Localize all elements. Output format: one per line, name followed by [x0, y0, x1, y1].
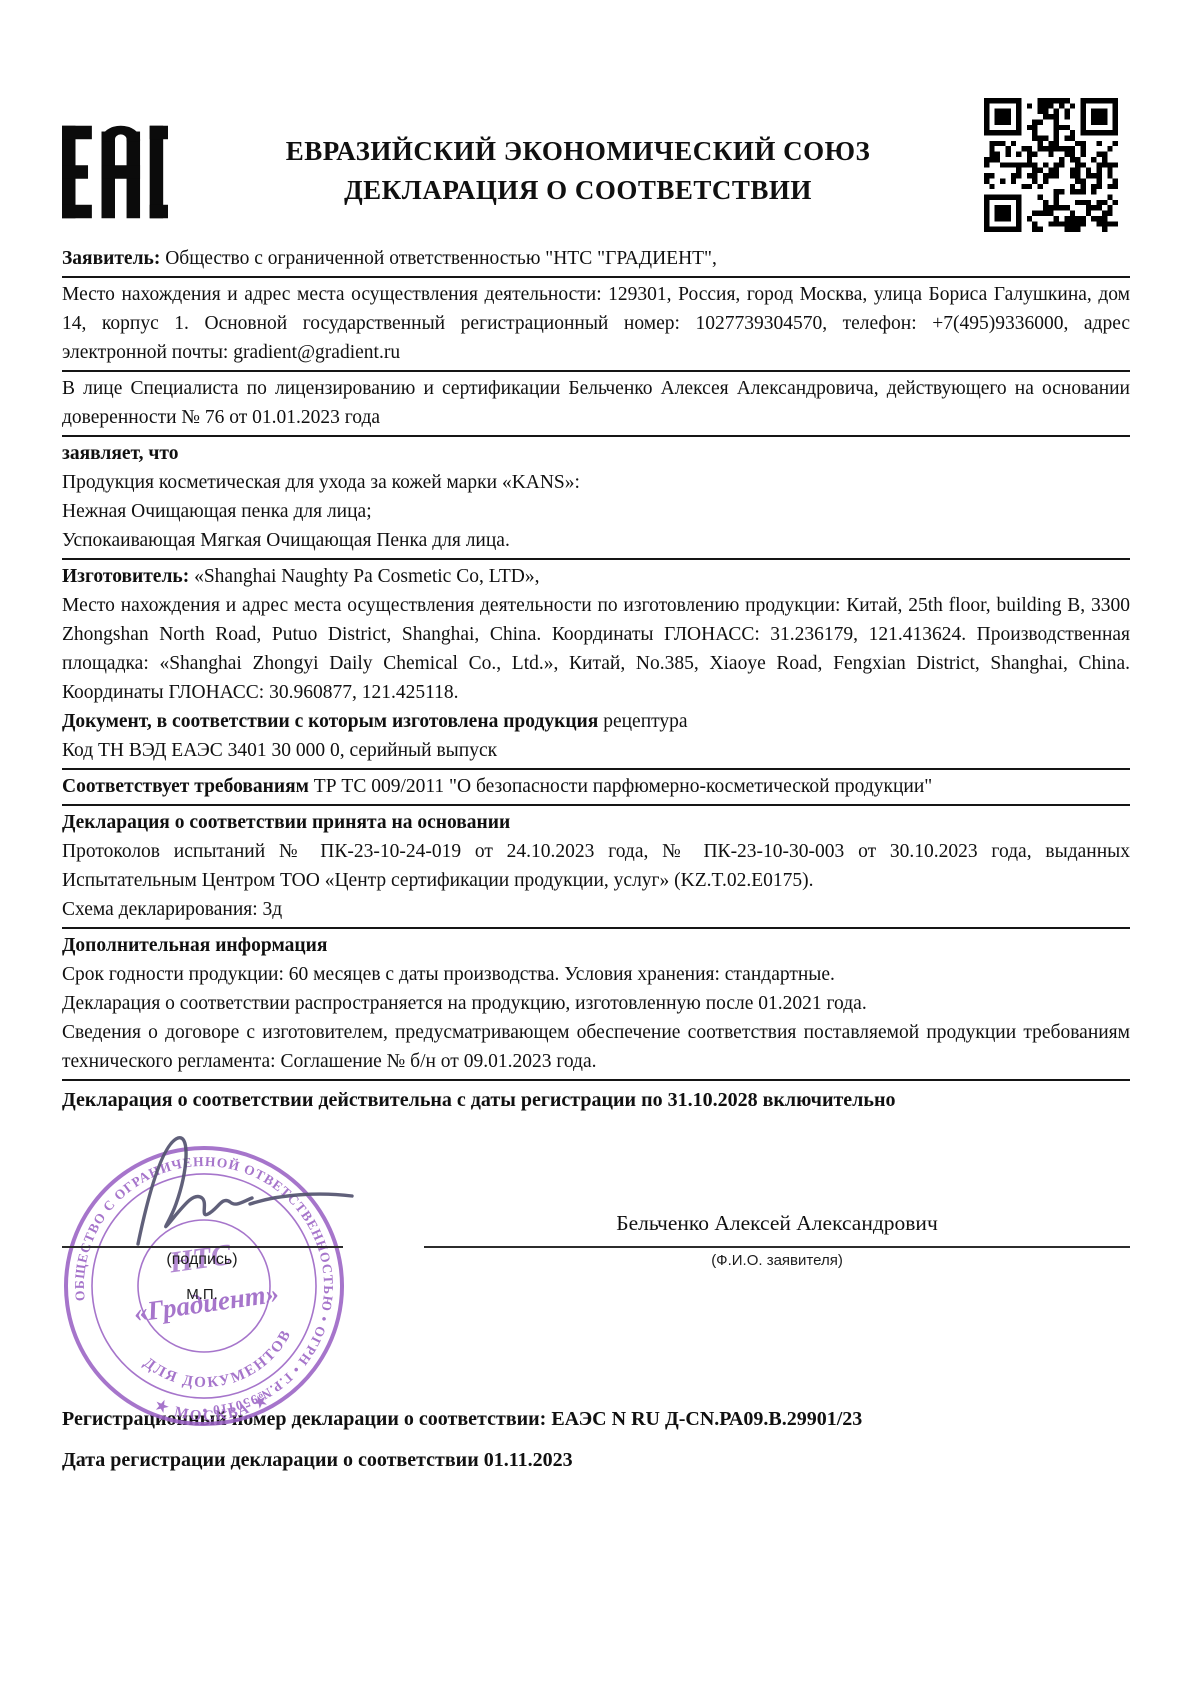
- section-manufacturer: Изготовитель: «Shanghai Naughty Pa Cosme…: [62, 560, 1130, 770]
- stamp-place-caption: М.П.: [167, 1286, 237, 1303]
- document-basis-line: Документ, в соответствии с которым изгот…: [62, 707, 1130, 736]
- registration-number-value: ЕАЭС N RU Д-CN.РА09.В.29901/23: [546, 1408, 862, 1430]
- qr-code: [982, 92, 1130, 232]
- section-applicant: Заявитель: Общество с ограниченной ответ…: [62, 242, 1130, 278]
- handwritten-signature: [90, 1126, 400, 1256]
- product-intro: Продукция косметическая для ухода за кож…: [62, 468, 1130, 497]
- signature-caption: (подпись): [132, 1251, 272, 1269]
- product-item-1: Нежная Очищающая пенка для лица;: [62, 497, 1130, 526]
- declarant-name-line: [424, 1246, 1130, 1248]
- basis-text: Протоколов испытаний № ПК-23-10-24-019 о…: [62, 837, 1130, 895]
- product-item-2: Успокаивающая Мягкая Очищающая Пенка для…: [62, 526, 1130, 555]
- section-additional: Дополнительная информация Срок годности …: [62, 929, 1130, 1081]
- declares-label: заявляет, что: [62, 439, 1130, 468]
- declaration-document: ЕВРАЗИЙСКИЙ ЭКОНОМИЧЕСКИЙ СОЮЗ ДЕКЛАРАЦИ…: [0, 0, 1190, 1683]
- title-line-2: ДЕКЛАРАЦИЯ О СООТВЕТСТВИИ: [174, 171, 982, 210]
- document-label: Документ, в соответствии с которым изгот…: [62, 711, 598, 732]
- signature-block: ОБЩЕСТВО С ОГРАНИЧЕННОЙ ОТВЕТСТВЕННОСТЬЮ…: [62, 1118, 1130, 1368]
- manufacturer-label: Изготовитель:: [62, 566, 189, 587]
- registration-date-line: Дата регистрации декларации о соответств…: [62, 1449, 1130, 1472]
- manufacturer-line: Изготовитель: «Shanghai Naughty Pa Cosme…: [62, 562, 1130, 591]
- basis-scheme: Схема декларирования: 3д: [62, 895, 1130, 924]
- compliance-label: Соответствует требованиям: [62, 776, 309, 797]
- tnved-line: Код ТН ВЭД ЕАЭС 3401 30 000 0, серийный …: [62, 736, 1130, 765]
- document-value: рецептура: [598, 711, 687, 732]
- section-compliance: Соответствует требованиям ТР ТС 009/2011…: [62, 770, 1130, 806]
- applicant-value: Общество с ограниченной ответственностью…: [160, 248, 717, 269]
- compliance-value: ТР ТС 009/2011 "О безопасности парфюмерн…: [309, 776, 932, 797]
- section-representative: В лице Специалиста по лицензированию и с…: [62, 372, 1130, 437]
- section-basis: Декларация о соответствии принята на осн…: [62, 806, 1130, 929]
- manufacturer-address: Место нахождения и адрес места осуществл…: [62, 591, 1130, 707]
- eac-logo: [62, 92, 174, 225]
- section-declares: заявляет, что Продукция косметическая дл…: [62, 437, 1130, 560]
- additional-line-2: Декларация о соответствии распространяет…: [62, 989, 1130, 1018]
- additional-label: Дополнительная информация: [62, 931, 1130, 960]
- basis-label: Декларация о соответствии принята на осн…: [62, 808, 1130, 837]
- qr-code-icon: [982, 98, 1120, 232]
- title-line-1: ЕВРАЗИЙСКИЙ ЭКОНОМИЧЕСКИЙ СОЮЗ: [174, 132, 982, 171]
- manufacturer-value: «Shanghai Naughty Pa Cosmetic Co, LTD»,: [189, 566, 539, 587]
- section-validity: Декларация о соответствии действительна …: [62, 1081, 1130, 1118]
- eac-logo-icon: [62, 124, 168, 220]
- applicant-label: Заявитель:: [62, 248, 160, 269]
- declarant-name-caption: (Ф.И.О. заявителя): [424, 1252, 1130, 1269]
- additional-line-1: Срок годности продукции: 60 месяцев с да…: [62, 960, 1130, 989]
- document-content: ЕВРАЗИЙСКИЙ ЭКОНОМИЧЕСКИЙ СОЮЗ ДЕКЛАРАЦИ…: [62, 92, 1130, 1472]
- signature-line: [62, 1246, 343, 1248]
- additional-line-3: Сведения о договоре с изготовителем, пре…: [62, 1018, 1130, 1076]
- document-header: ЕВРАЗИЙСКИЙ ЭКОНОМИЧЕСКИЙ СОЮЗ ДЕКЛАРАЦИ…: [62, 92, 1130, 242]
- declarant-name: Бельченко Алексей Александрович: [424, 1211, 1130, 1236]
- document-title: ЕВРАЗИЙСКИЙ ЭКОНОМИЧЕСКИЙ СОЮЗ ДЕКЛАРАЦИ…: [174, 92, 982, 210]
- section-applicant-address: Место нахождения и адрес места осуществл…: [62, 278, 1130, 372]
